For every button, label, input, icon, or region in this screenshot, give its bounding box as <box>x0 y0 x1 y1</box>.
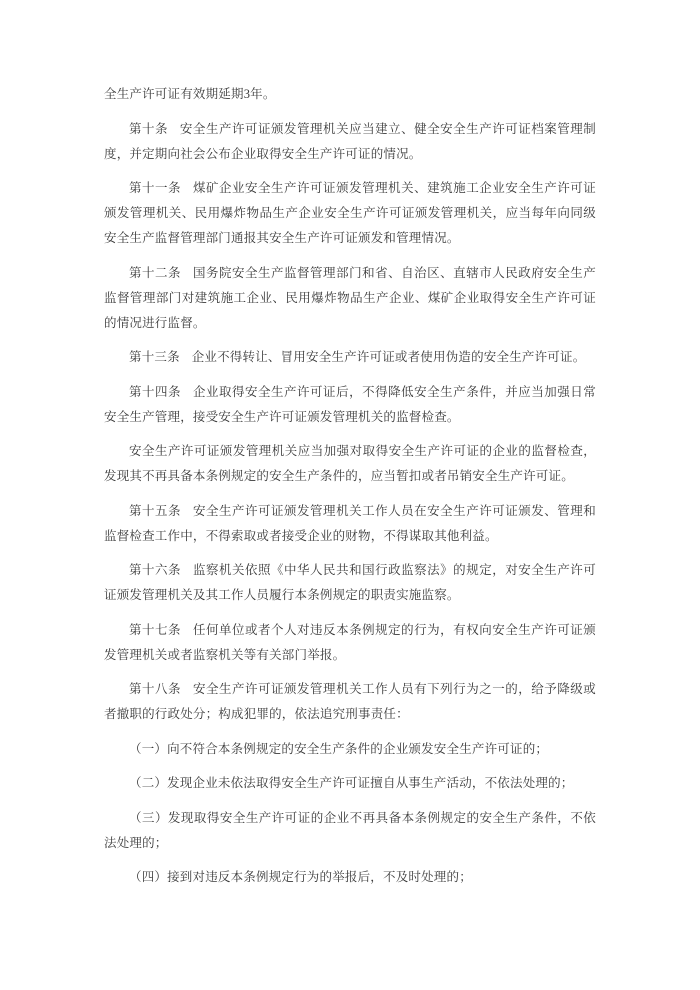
article-number: 第十七条 <box>129 623 181 637</box>
article-number: 第十五条 <box>129 504 181 518</box>
paragraph-text: （四）接到对违反本条例规定行为的举报后，不及时处理的； <box>129 870 472 884</box>
article-number: 第十条 <box>129 122 168 136</box>
paragraph-article-10: 第十条安全生产许可证颁发管理机关应当建立、健全安全生产许可证档案管理制度，并定期… <box>104 117 596 167</box>
paragraph-article-14: 第十四条企业取得安全生产许可证后，不得降低安全生产条件，并应当加强日常安全生产管… <box>104 380 596 430</box>
article-number: 第十八条 <box>129 682 181 696</box>
article-number: 第十六条 <box>129 563 181 577</box>
paragraph-article-17: 第十七条任何单位或者个人对违反本条例规定的行为，有权向安全生产许可证颁发管理机关… <box>104 618 596 668</box>
list-item-2: （二）发现企业未依法取得安全生产许可证擅自从事生产活动，不依法处理的； <box>104 771 596 796</box>
paragraph-text: 全生产许可证有效期延期3年。 <box>104 87 276 101</box>
paragraph-article-15: 第十五条安全生产许可证颁发管理机关工作人员在安全生产许可证颁发、管理和监督检查工… <box>104 499 596 549</box>
paragraph-text: （三）发现取得安全生产许可证的企业不再具备本条例规定的安全生产条件，不依法处理的… <box>104 811 596 850</box>
document-page: 全生产许可证有效期延期3年。 第十条安全生产许可证颁发管理机关应当建立、健全安全… <box>0 0 700 990</box>
article-number: 第十一条 <box>129 181 181 195</box>
article-number: 第十四条 <box>129 385 181 399</box>
paragraph-article-12: 第十二条国务院安全生产监督管理部门和省、自治区、直辖市人民政府安全生产监督管理部… <box>104 261 596 336</box>
paragraph-article-13: 第十三条企业不得转让、冒用安全生产许可证或者使用伪造的安全生产许可证。 <box>104 345 596 370</box>
paragraph-article-18: 第十八条安全生产许可证颁发管理机关工作人员有下列行为之一的，给予降级或者撤职的行… <box>104 677 596 727</box>
paragraph-text: （一）向不符合本条例规定的安全生产条件的企业颁发安全生产许可证的； <box>129 742 548 756</box>
paragraph-text: 企业不得转让、冒用安全生产许可证或者使用伪造的安全生产许可证。 <box>192 350 586 364</box>
paragraph-article-16: 第十六条监察机关依照《中华人民共和国行政监察法》的规定，对安全生产许可证颁发管理… <box>104 558 596 608</box>
paragraph-text: 安全生产许可证颁发管理机关应当建立、健全安全生产许可证档案管理制度，并定期向社会… <box>104 122 596 161</box>
paragraph-article-14-clause-2: 安全生产许可证颁发管理机关应当加强对取得安全生产许可证的企业的监督检查，发现其不… <box>104 439 596 489</box>
paragraph-text: （二）发现企业未依法取得安全生产许可证擅自从事生产活动，不依法处理的； <box>129 776 574 790</box>
paragraph-continuation-top: 全生产许可证有效期延期3年。 <box>104 82 596 107</box>
paragraph-article-11: 第十一条煤矿企业安全生产许可证颁发管理机关、建筑施工企业安全生产许可证颁发管理机… <box>104 176 596 251</box>
list-item-1: （一）向不符合本条例规定的安全生产条件的企业颁发安全生产许可证的； <box>104 737 596 762</box>
article-number: 第十二条 <box>129 266 181 280</box>
paragraph-text: 安全生产许可证颁发管理机关应当加强对取得安全生产许可证的企业的监督检查，发现其不… <box>104 444 596 483</box>
list-item-3: （三）发现取得安全生产许可证的企业不再具备本条例规定的安全生产条件，不依法处理的… <box>104 806 596 856</box>
list-item-4: （四）接到对违反本条例规定行为的举报后，不及时处理的； <box>104 865 596 890</box>
article-number: 第十三条 <box>129 350 180 364</box>
